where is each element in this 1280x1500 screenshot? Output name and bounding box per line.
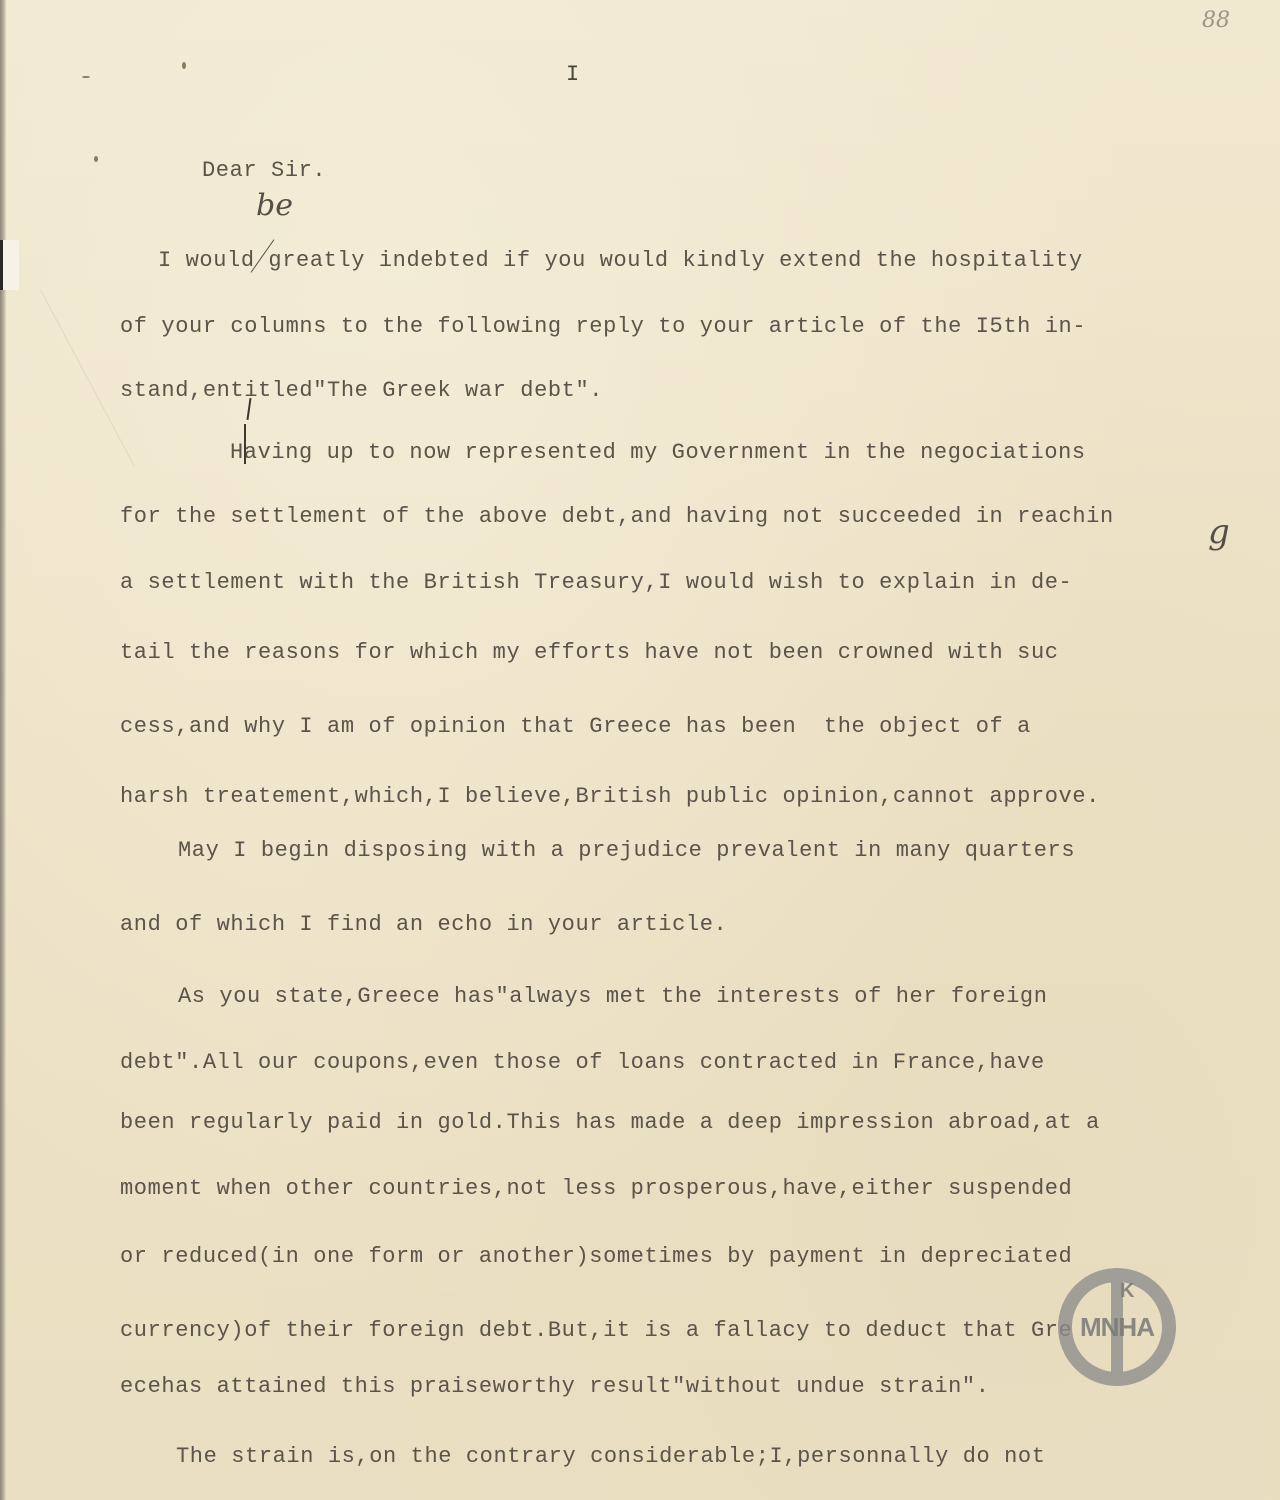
page-tab-marker [0,240,19,290]
letter-line: of your columns to the following reply t… [120,316,1086,338]
stamp-top-letter: K [1120,1280,1134,1303]
folio-number: 88 [1202,8,1230,33]
letter-line: and of which I find an echo in your arti… [120,914,727,936]
letter-line: stand,entitled"The Greek war debt". [120,380,603,402]
letter-line: currency)of their foreign debt.But,it is… [120,1320,1072,1342]
letter-line: harsh treatement,which,I believe,British… [120,786,1100,808]
letter-line: debt".All our coupons,even those of loan… [120,1052,1045,1074]
paper-speck [94,156,98,162]
paper-speck [182,62,186,69]
page-number: I [566,62,579,87]
stamp-text: MNHA [1072,1312,1162,1343]
letter-line: As you state,Greece has"always met the i… [178,986,1048,1008]
letter-line: cess,and why I am of opinion that Greece… [120,716,1031,738]
handwritten-margin-mark [244,424,246,464]
archive-stamp: K MNHA [1058,1268,1176,1386]
letter-line: The strain is,on the contrary considerab… [176,1446,1046,1468]
page-binding-edge [0,0,6,1500]
letter-line: for the settlement of the above debt,and… [120,506,1114,528]
handwritten-insertion-be: be [256,188,293,223]
letter-line: moment when other countries,not less pro… [120,1178,1072,1200]
letter-line: Having up to now represented my Governme… [230,442,1086,464]
letter-line: I would greatly indebted if you would ki… [158,250,1083,272]
letter-line: a settlement with the British Treasury,I… [120,572,1072,594]
handwritten-correction-g: g [1208,512,1230,552]
letter-line: ecehas attained this praiseworthy result… [120,1376,990,1398]
salutation: Dear Sir. [202,160,326,182]
paper-speck [82,76,90,78]
letter-line: or reduced(in one form or another)someti… [120,1246,1072,1268]
scanned-letter-page: 88 I Dear Sir. I would greatly indebted … [0,0,1280,1500]
letter-line: tail the reasons for which my efforts ha… [120,642,1059,664]
letter-line: May I begin disposing with a prejudice p… [178,840,1075,862]
letter-line: been regularly paid in gold.This has mad… [120,1112,1100,1134]
